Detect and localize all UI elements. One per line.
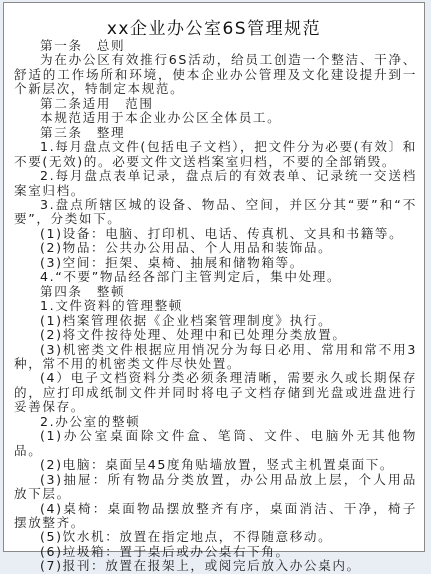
section-heading-general: 第一条 总则 xyxy=(14,39,417,53)
document-title: xx企业办公室6S管理规范 xyxy=(4,14,424,39)
list-item: (5)饮水机：放置在指定地点，不得随意移动。 xyxy=(14,530,417,544)
paragraph: 3.盘点所辖区城的设备、物品、空间，并区分其“要”和“不要”，分类如下。 xyxy=(14,198,417,227)
paragraph: 4.“不要”物品经各部门主管判定后，集中处理。 xyxy=(14,270,417,284)
list-item: (4）电子文档资料分类必须条理清晰，需要永久或长期保存的，应打印成纸制文件并同时… xyxy=(14,371,417,414)
list-item: (1)设备：电脑、打印机、电话、传真机、文具和书籍等。 xyxy=(14,227,417,241)
paragraph: 本规范适用于本企业办公区全体员工。 xyxy=(14,111,417,125)
document-body: 第一条 总则 为在办公区有效推行6S活动，给员工创造一个整洁、干净、舒适的工作场… xyxy=(14,39,417,556)
list-item: (1)办公室桌面除文件盒、笔筒、文件、电脑外无其他物品。 xyxy=(14,429,417,458)
list-item: (3)空间：拒架、桌椅、抽展和储物箱等。 xyxy=(14,256,417,270)
section-heading-sort: 第三条 整理 xyxy=(14,126,417,140)
list-item: (2)将文件按待处理、处理中和已处理分类放置。 xyxy=(14,328,417,342)
paragraph: 2.每月盘点表单记录，盘点后的有效表单、记录统一交送档案室归档。 xyxy=(14,169,417,198)
list-item: (2)物品：公共办公用品、个人用品和装饰品。 xyxy=(14,241,417,255)
list-item: (2)电脑：桌面呈45度角贴墙放置，竖式主机置桌面下。 xyxy=(14,458,417,472)
paragraph: 1.文件资料的管理整顿 xyxy=(14,299,417,313)
paragraph: 2.办公室的整顿 xyxy=(14,415,417,429)
section-heading-set-in-order: 第四条 整顿 xyxy=(14,285,417,299)
document-page: xx企业办公室6S管理规范 第一条 总则 为在办公区有效推行6S活动，给员工创造… xyxy=(3,2,425,552)
list-item: (1)档案管理依据《企业档案管理制度》执行。 xyxy=(14,314,417,328)
list-item: (3)抽屉：所有物品分类放置，办公用品放上层，个人用品放下层。 xyxy=(14,473,417,502)
paragraph: 1.每月盘点文件(包括电子文档），把文件分为必要(有效〕和不要(无效)的。必要文… xyxy=(14,140,417,169)
list-item: (4)桌椅：桌面物品摆放整齐有序，桌面消洁、干净，椅子摆放整齐。 xyxy=(14,502,417,531)
list-item: (3)机密类文件根据应用悄况分为每日必用、常用和常不用3种，常不用的机密类文件尽… xyxy=(14,343,417,372)
section-heading-scope: 第二条适用 范围 xyxy=(14,97,417,111)
paragraph: 为在办公区有效推行6S活动，给员工创造一个整洁、干净、舒适的工作场所和环境，使本… xyxy=(14,53,417,96)
list-item: (6)垃圾箱：置于桌后或办公桌右下角。 xyxy=(14,545,417,556)
